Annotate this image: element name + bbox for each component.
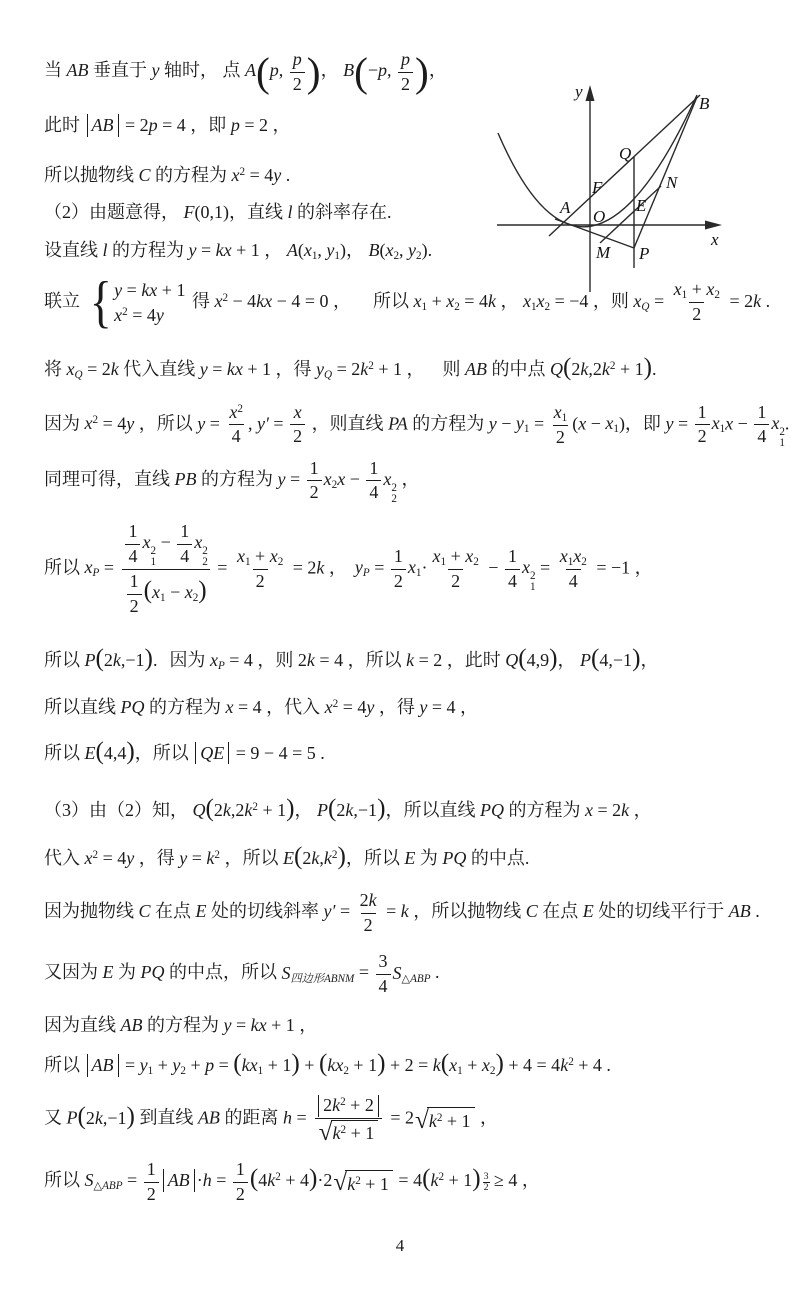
fraction: 34 [376,951,391,997]
text-run: 1 [757,402,766,422]
paren-content: kx2 + 1 [327,1054,377,1077]
denominator: 4 [229,424,244,448]
text-run: 所以 [44,650,85,670]
script: P [218,660,225,672]
text-run: 在点 [538,901,583,921]
text-run: = [99,557,118,577]
scripted-variable: x2 [114,304,128,327]
text-run: + [300,1055,319,1075]
text-run: 2 [293,74,302,94]
exponent-numerator: 3 [484,1172,489,1183]
math-variable: E [283,848,294,868]
math-variable: AB [729,901,751,921]
text-run: 为 [114,963,141,983]
text-run: 2 [236,1184,245,1204]
text-run: − [586,413,605,433]
math-variable: x [114,305,122,325]
math-variable: x [449,1055,457,1075]
text-run: + 2 = [385,1055,432,1075]
math-variable: P [67,1108,78,1128]
paren-content: 4,−1 [599,649,632,672]
text-run: = 2 [288,557,316,577]
text-run: + 1 [361,1174,389,1194]
math-variable: AB [168,1169,190,1192]
text-run: (0,1)，直线 [195,202,288,222]
scripted-variable: y2 [408,239,422,262]
scripted-variable: y1 [516,412,530,435]
math-variable: x [67,359,75,379]
math-variable: Q [505,650,518,670]
text-run: 2 [364,915,373,935]
figure-label-P: P [638,244,649,263]
script: 2 [391,494,397,505]
text-run: 2 [256,571,265,591]
text-run: ，所以 [346,848,405,868]
numerator: x1 + x2 [429,546,481,569]
absolute-value: AB [87,114,119,137]
text-run: , [387,60,396,80]
math-variable: k [307,650,315,670]
text-run: 的方程为 [108,240,189,260]
scripted-variable: xP [210,649,225,672]
paren-content: −p, p2 [368,49,415,95]
text-run: · [421,557,427,577]
paren-icon: ) [495,1051,503,1076]
math-variable: y [156,305,164,325]
scripted-variable: S四边形ABNM [282,962,355,985]
fraction: x1 + x22 [234,546,286,593]
paren-group: (kx1 + 1) [233,1051,300,1077]
script: 2 [473,556,479,568]
document-page: 当 AB 垂直于 y 轴时， 点 A(p, p2)， B(−p, p2)，此时 … [0,0,800,1297]
denominator: 2 [361,913,376,937]
paren-content: 4,4 [104,742,127,765]
math-variable: k [324,848,332,868]
paren-group: (2k,−1) [96,646,153,672]
text-run: 得 [187,291,214,311]
square-root: √k2 + 1 [333,1170,393,1196]
text-run: （2）由题意得， [44,202,184,222]
fraction: 14 [754,402,769,448]
math-variable: y [189,240,197,260]
scripted-variable: k2 [267,1169,281,1192]
text-run: = [536,557,555,577]
scripted-variable: x1 [432,546,446,568]
math-variable: x [712,413,720,433]
text-run: ， [558,650,581,670]
text-run: ， [324,557,347,577]
denominator: 4 [125,544,140,568]
math-variable: E [583,901,594,921]
paren-content: 2k,−1 [104,649,145,672]
paren-icon: ( [144,578,152,603]
script-stack: 22 [202,546,208,568]
system-of-equations: {y = kx + 1x2 = 4y [87,279,186,327]
text-run: 2 [214,800,223,820]
text-run: − [484,557,503,577]
denominator: 2 [689,302,704,326]
paren-icon: ( [441,1051,449,1076]
text-run: = 4 [460,291,488,311]
math-variable: x [185,582,193,602]
text-run: ，所以 [134,413,197,433]
math-variable: C [139,901,151,921]
math-variable: x [232,165,240,185]
text-run: 1 [130,571,139,591]
text-run: 的斜率存在. [293,202,392,222]
math-variable: x [324,469,332,489]
text-run: 2 [323,1095,332,1117]
text-run: + [427,291,446,311]
math-variable: y [224,1015,232,1035]
scripted-variable: k2 [324,847,338,870]
math-variable: k [602,359,610,379]
math-variable: E [85,743,96,763]
math-variable: x [85,848,93,868]
text-run: = [122,280,141,300]
text-run: = [214,1055,233,1075]
scripted-variable: S△ABP [393,962,431,985]
math-variable: AB [198,1108,220,1128]
paren-icon: ( [328,796,336,821]
math-variable: x [325,697,333,717]
scripted-variable: S△ABP [85,1169,123,1192]
text-run: 2 [692,304,701,324]
text-run: 2 [451,571,460,591]
text-run: 1 [369,458,378,478]
denominator: 4 [177,544,192,568]
paren-icon: ( [250,1166,258,1191]
scripted-variable: y1 [326,239,340,262]
equation-rows: y = kx + 1x2 = 4y [114,279,185,327]
absolute-value: QE [195,742,229,765]
text-run: 则 [442,359,465,379]
scripted-variable: x2 [229,402,243,424]
paren-group: (x1 − x2) [144,578,207,604]
exponent-fraction: 32 [483,1172,490,1195]
math-variable: PA [388,413,408,433]
math-variable: S [85,1170,94,1190]
text-run: 4 [128,546,137,566]
text-run: + 1 [157,280,185,300]
text-run: ·2 [317,1170,332,1190]
denominator: 2 [127,594,142,618]
math-variable: p [378,60,387,80]
math-variable: k [242,1055,250,1075]
math-variable: x [142,532,150,552]
paren-icon: ( [591,646,599,671]
fraction: 2k2 [357,890,380,936]
paren-content: x1 + x2 [449,1054,495,1077]
numerator: 1 [391,546,406,569]
numerator: x1 [551,402,571,425]
text-run: 为 [415,848,442,868]
denominator: 4 [376,974,391,998]
math-variable: k [406,650,414,670]
denominator: 4 [566,569,581,593]
math-variable: y′ [257,413,269,433]
math-variable: k [95,1108,103,1128]
text-run: + 1 [349,1055,377,1075]
absolute-value: AB [163,1169,195,1192]
math-variable: x [226,697,234,717]
text-run: = 2 [386,1108,414,1128]
text-run: 3 [379,951,388,971]
paren-icon: ) [337,844,345,869]
math-variable: S [282,963,291,983]
paren-content: 4,9 [527,649,550,672]
text-run: ， [295,800,318,820]
scripted-variable: xQ [67,358,83,381]
scripted-variable: x2 [446,290,460,313]
text-run: = [529,413,548,433]
text-run: 1 [394,546,403,566]
paren-content: 4k2 + 4 [258,1169,309,1192]
numerator: x1 + x2 [234,546,286,569]
math-variable: E [103,963,114,983]
paren-group: (2k,−1) [328,796,385,822]
text-run: 4,−1 [599,650,632,670]
paren-group: (2k,−1) [78,1104,135,1130]
paren-group: (4k2 + 4) [250,1166,318,1192]
text-run: ，则直线 [307,413,388,433]
math-variable: y [200,359,208,379]
fraction: x1x24 [557,546,590,593]
text-run: 1 [147,1159,156,1179]
paren-content: 2k,k2 [302,847,337,870]
figure-label-y: y [573,82,583,101]
script: 四边形ABNM [291,972,355,984]
fraction: 14 [505,546,520,592]
math-variable: k [111,359,119,379]
text-run: = 4 [98,413,126,433]
content-line-17: 又因为 E 为 PQ 的中点，所以 S四边形ABNM = 34S△ABP . [44,951,792,997]
math-variable: y [355,557,363,577]
text-run: 4 [508,571,517,591]
text-run: 1 [310,458,319,478]
content-line-10: 所以 xP = 14x21 − 14x2212(x1 − x2) = x1 + … [44,521,792,617]
script: Q [75,368,83,380]
paren-group: (2k,k2) [294,844,346,870]
scripted-variable: x21 [771,412,785,449]
content-line-7: 将 xQ = 2k 代入直线 y = kx + 1 ，得 yQ = 2k2 + … [44,355,792,381]
denominator: 2 [253,569,268,593]
text-run: = 4 ，则 2 [225,650,307,670]
text-run: 2 [130,596,139,616]
script: P [363,567,370,579]
scripted-variable: x1 [408,556,422,579]
paren-group: (−p, p2) [354,49,429,95]
text-run: + 1 [346,1123,374,1143]
text-run: = 2 [83,359,111,379]
script: △ABP [402,972,431,984]
math-variable: x [482,1055,490,1075]
figure-label-N: N [665,173,679,192]
math-variable: AB [465,359,487,379]
denominator: 2 [398,72,413,96]
numerator: x2 [226,402,246,425]
content-line-16: 因为抛物线 C 在点 E 处的切线斜率 y′ = 2k2 = k ，所以抛物线 … [44,890,792,936]
text-run: = 2 [593,800,621,820]
math-variable: p [149,115,158,135]
radicand: k2 + 1 [427,1107,475,1133]
text-run: 的方程为 [143,1015,224,1035]
text-run: 4 [757,426,766,446]
math-variable: kx [141,280,157,300]
text-run: 4 [258,1170,267,1190]
text-run: 同理可得，直线 [44,469,175,489]
text-run: = [212,1170,231,1190]
math-variable: A [245,60,256,80]
script: △ABP [94,1180,123,1192]
paren-icon: ( [518,646,526,671]
text-run: + 2 [346,1095,374,1117]
text-run: ,2 [231,800,245,820]
text-run: = 4 ，所以 [315,650,406,670]
fraction: 12 [391,546,406,592]
numerator: 1 [177,521,192,544]
numerator: 1 [695,402,710,425]
paren-icon: ) [415,55,429,90]
text-run: + 1 ， [232,240,287,260]
math-variable: y [114,280,122,300]
paren-group: (4,4) [96,739,135,765]
scripted-variable: x1 [413,290,427,313]
text-run: + 4 [281,1170,309,1190]
text-run: ,−1 [121,650,145,670]
text-run: = 4 ，即 [158,115,231,135]
math-variable: kx [256,291,272,311]
math-variable: x [294,402,302,422]
text-run: + 1 [263,1055,291,1075]
scripted-variable: x1 [304,239,318,262]
scripted-variable: x1 [250,1054,264,1077]
math-variable: p [270,60,279,80]
text-run: + [251,546,270,566]
scripted-variable: x21 [522,556,536,593]
text-run: ，所以 [135,743,194,763]
scripted-variable: k2 [206,847,220,870]
text-run: = [121,1055,140,1075]
math-variable: QE [200,742,224,765]
text-run: + 4 = 4 [504,1055,560,1075]
math-variable: kx [227,359,243,379]
math-variable: p [401,49,410,69]
paren-icon: ( [563,355,571,380]
text-run: = −1 ， [592,557,653,577]
text-run: 当 [44,60,67,80]
figure-label-B: B [699,94,710,113]
math-variable: x [585,800,593,820]
scripted-variable: y1 [140,1054,154,1077]
paren-content: 2k,−1 [86,1107,127,1130]
denominator: √k2 + 1 [315,1118,383,1145]
y-axis-arrow-icon [586,85,595,101]
text-run: 将 [44,359,67,379]
numerator: 1 [125,521,140,544]
radicand: k2 + 1 [345,1170,393,1196]
math-variable: S [393,963,402,983]
math-variable: PQ [442,848,466,868]
denominator: 4 [754,424,769,448]
math-variable: E [196,901,207,921]
math-variable: B [368,240,379,260]
scripted-variable: k2 [347,1173,361,1196]
text-run: 所以 [44,1055,85,1075]
paren-icon: ( [256,55,270,90]
math-variable: y [316,359,324,379]
scripted-variable: x1 [560,546,574,568]
scripted-variable: x2 [482,1054,496,1077]
scripted-variable: x22 [194,532,208,568]
text-run: = [370,557,389,577]
math-variable: k [223,800,231,820]
math-variable: y′ [324,901,336,921]
paren-icon: ) [145,646,153,671]
brace-icon: { [89,281,111,324]
text-run: 1 [508,546,517,566]
math-variable: x [408,557,416,577]
paren-icon: ) [126,739,134,764]
text-run: , [248,413,257,433]
text-run: 的方程为 [408,413,489,433]
fraction: 14 [177,521,192,567]
text-run: 在点 [151,901,196,921]
text-run: = [213,557,232,577]
text-run: . [153,650,158,670]
text-run: 2 [293,426,302,446]
scripted-variable: x2 [573,546,587,568]
text-run: + [153,1055,172,1075]
text-run: − [156,532,175,552]
math-variable: x [194,532,202,552]
line-AB [549,95,700,236]
scripted-variable: x2 [465,546,479,568]
text-run: 1 [180,521,189,541]
numerator: 1 [144,1159,159,1182]
paren-group: (k2 + 1) [422,1166,481,1192]
denominator: 2 [391,569,406,593]
math-variable: x [85,413,93,433]
text-run: + 1 ，得 [243,359,316,379]
text-run: 2 [556,427,565,447]
paren-content: 2k,2k2 + 1 [214,799,286,822]
text-run: + [463,1055,482,1075]
text-run: 4,4 [104,743,127,763]
text-run: 所以 [44,1170,85,1190]
text-run: = 4 ， [427,697,478,717]
content-line-18: 因为直线 AB 的方程为 y = kx + 1 ， [44,1014,792,1037]
numerator: x [291,402,305,425]
numerator: 1 [127,571,142,594]
math-variable: y [516,413,524,433]
text-run: 的方程为 [504,800,585,820]
script: 1 [562,411,568,423]
content-line-11: 所以 P(2k,−1).因为 xP = 4 ，则 2k = 4 ，所以 k = … [44,646,792,672]
text-run: 所以 [373,291,414,311]
math-variable: x [210,650,218,670]
math-variable: x [237,546,245,566]
text-run: − [497,413,516,433]
math-variable: k [332,1095,340,1115]
figure-label-O: O [593,207,605,226]
math-variable: p [205,1055,214,1075]
text-run: ,2 [588,359,602,379]
scripted-variable: x2 [335,1054,349,1077]
text-run: 4 [180,546,189,566]
script: 1 [779,438,785,449]
parabola-figure: y x O A B F Q E N M P [486,66,792,298]
